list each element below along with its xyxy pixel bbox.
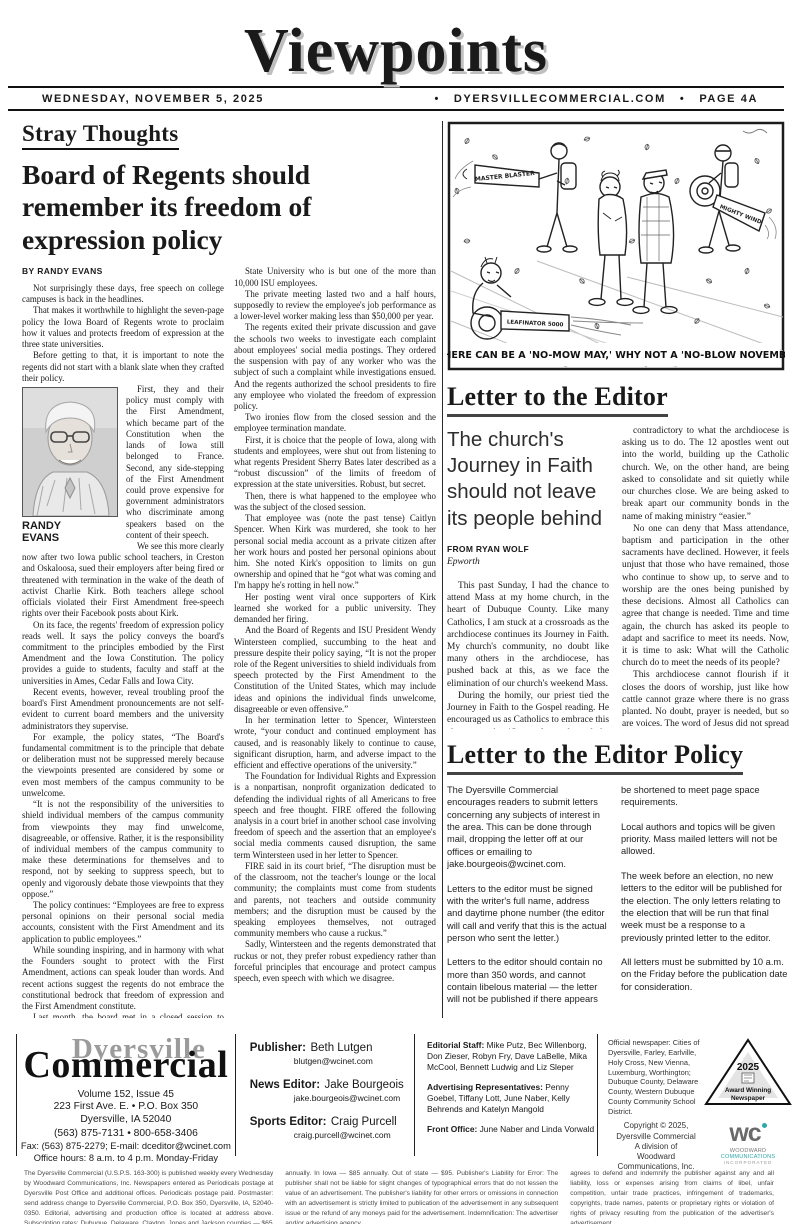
paragraph: Copyright © 2025, — [608, 1121, 704, 1131]
article-paragraphs: Not surprisingly these days, free speech… — [22, 283, 224, 384]
sports-editor-name: Craig Purcell — [331, 1116, 397, 1128]
letter-body: The church's Journey in Faith should not… — [447, 425, 789, 729]
masthead-address-2: Dyersville, IA 52040 — [17, 1113, 235, 1127]
right-column: MASTER BLASTER — [442, 121, 789, 1018]
date-bar: WEDNESDAY, NOVEMBER 5, 2025 • DYERSVILLE… — [8, 86, 784, 111]
publisher-email: blutgen@wcinet.com — [250, 1056, 414, 1066]
advertising-label: Advertising Representatives: — [427, 1082, 543, 1092]
wc-dot-icon — [762, 1123, 767, 1128]
paragraph: State University who is but one of the m… — [234, 266, 436, 288]
editorial-staff-label: Editorial Staff: — [427, 1040, 484, 1050]
official-newspaper-text: Official newspaper: Cities of Dyersville… — [608, 1038, 704, 1116]
badge-year: 2025 — [737, 1062, 760, 1073]
author-portrait-illustration — [23, 388, 117, 516]
letter-column-2: contradictory to what the archdiocese is… — [622, 425, 789, 729]
sports-editor-entry: Sports Editor: Craig Purcell craig.purce… — [250, 1112, 414, 1140]
publisher-entry: Publisher: Beth Lutgen blutgen@wcinet.co… — [250, 1038, 414, 1066]
masthead-logo: Dyersville Commercial — [17, 1036, 235, 1081]
paragraph: Before getting to that, it is important … — [22, 350, 224, 384]
masthead-phones: (563) 875-7131 • 800-658-3406 — [17, 1127, 235, 1141]
stray-thoughts-section-title: Stray Thoughts — [22, 121, 179, 150]
news-editor-entry: News Editor: Jake Bourgeois jake.bourgeo… — [250, 1075, 414, 1103]
paragraph: And the Board of Regents and ISU Preside… — [234, 625, 436, 715]
paragraph: Letters to the editor must be signed wit… — [447, 883, 607, 945]
bullet-icon: • — [434, 93, 439, 105]
site-text: DYERSVILLECOMMERCIAL.COM — [454, 93, 666, 105]
paragraph: The policy continues: “Employees are fre… — [22, 900, 224, 945]
letter-column-1: The church's Journey in Faith should not… — [447, 425, 609, 729]
article-paragraphs: State University who is but one of the m… — [234, 266, 436, 984]
paragraph: While sounding inspiring, and in harmony… — [22, 945, 224, 1012]
author-photo — [22, 387, 118, 517]
wc-company-name: WOODWARD COMMUNICATIONS — [704, 1148, 792, 1160]
masthead: Dyersville Commercial Volume 152, Issue … — [16, 1034, 792, 1156]
paragraph: be shortened to meet page space requirem… — [621, 784, 789, 809]
front-office: Front Office: June Naber and Linda Vorwa… — [427, 1124, 597, 1135]
publisher-label: Publisher: — [250, 1042, 306, 1054]
policy-column-1: The Dyersville Commercial encourages rea… — [447, 784, 607, 1006]
photo-caption-first: RANDY — [22, 520, 118, 532]
fine-print-col3: agrees to defend and indemnify the publi… — [570, 1169, 774, 1224]
fine-print-col2: annually. In Iowa — $85 annually. Out of… — [285, 1169, 558, 1224]
paragraph: Letters can be held, edited or not run a… — [621, 1005, 789, 1006]
sports-editor-label: Sports Editor: — [250, 1116, 327, 1128]
paragraph: Last month, the board met in a closed se… — [22, 1012, 224, 1018]
fine-print-col1: The Dyersville Commercial (U.S.P.S. 163-… — [24, 1169, 273, 1224]
news-editor-label: News Editor: — [250, 1079, 320, 1091]
article-column-1: BY RANDY EVANS Not surprisingly these da… — [22, 266, 224, 1018]
paragraph: “It is not the responsibility of the uni… — [22, 799, 224, 900]
bullet-icon: • — [680, 93, 685, 105]
masthead-volume: Volume 152, Issue 45 — [17, 1089, 235, 1100]
paragraph: contradictory to what the archdiocese is… — [622, 425, 789, 523]
stray-thoughts-article: Stray Thoughts Board of Regents should r… — [22, 121, 436, 1018]
paragraph: Sadly, Wintersteen and the regents demon… — [234, 939, 436, 984]
paragraph: Dyersville Commercial — [608, 1132, 704, 1142]
paragraph: The private meeting lasted two and a hal… — [234, 289, 436, 323]
letter-paragraphs: contradictory to what the archdiocese is… — [622, 425, 789, 729]
logo-commercial: Commercial — [17, 1050, 235, 1081]
paragraph: The regents exited their private discuss… — [234, 322, 436, 412]
paragraph: The Foundation for Individual Rights and… — [234, 771, 436, 861]
news-editor-email: jake.bourgeois@wcinet.com — [250, 1093, 414, 1103]
paragraph: That makes it worthwhile to highlight th… — [22, 305, 224, 350]
paragraph: That employee was (note the past tense) … — [234, 513, 436, 592]
paragraph: Then, there is what happened to the empl… — [234, 491, 436, 513]
paragraph: Not surprisingly these days, free speech… — [22, 283, 224, 305]
wc-logo: wc WOODWARD COMMUNICATIONS INCORPORATED — [704, 1121, 792, 1165]
masthead-address-1: 223 First Ave. E. • P.O. Box 350 — [17, 1100, 235, 1114]
policy-paragraphs: be shortened to meet page space requirem… — [621, 784, 789, 1006]
paragraph: The week before an election, no new lett… — [621, 870, 789, 944]
letter-section-title: Letter to the Editor — [447, 382, 668, 417]
paragraph: A division of — [608, 1142, 704, 1152]
policy-column-2: be shortened to meet page space requirem… — [621, 784, 789, 1006]
paragraph: On its face, the regents' freedom of exp… — [22, 620, 224, 687]
wc-mark: wc — [729, 1121, 760, 1146]
front-office-names: June Naber and Linda Vorwald — [480, 1124, 595, 1134]
main-content: Stray Thoughts Board of Regents should r… — [22, 121, 792, 1018]
sports-editor-email: craig.purcell@wcinet.com — [250, 1130, 414, 1140]
news-editor-name: Jake Bourgeois — [325, 1079, 404, 1091]
paragraph: The Dyersville Commercial encourages rea… — [447, 784, 607, 871]
paragraph: During the homily, our priest tied the J… — [447, 690, 609, 729]
paragraph: This past Sunday, I had the chance to at… — [447, 580, 609, 690]
advertising-reps: Advertising Representatives: Penny Goebe… — [427, 1082, 597, 1115]
date-text: WEDNESDAY, NOVEMBER 5, 2025 — [42, 93, 264, 105]
photo-caption: RANDY EVANS — [22, 520, 118, 545]
award-badge: 2025 Award Winning Newspaper — [704, 1038, 792, 1108]
masthead-fax-email: Fax: (563) 875-2279; E-mail: dceditor@wc… — [17, 1140, 235, 1152]
masthead-staff-block: Editorial Staff: Mike Putz, Bec Willenbo… — [414, 1034, 597, 1156]
paragraph: Woodward — [608, 1152, 704, 1162]
paragraph: First, it is choice that the people of I… — [234, 435, 436, 491]
paragraph: Two ironies flow from the closed session… — [234, 412, 436, 434]
author-photo-block: RANDY EVANS — [22, 387, 118, 545]
article-headline: Board of Regents should remember its fre… — [22, 159, 436, 256]
masthead-logo-block: Dyersville Commercial Volume 152, Issue … — [16, 1034, 235, 1156]
masthead-hours: Office hours: 8 a.m. to 4 p.m. Monday-Fr… — [17, 1152, 235, 1164]
copyright-text: Copyright © 2025,Dyersville CommercialA … — [608, 1121, 704, 1172]
front-office-label: Front Office: — [427, 1124, 477, 1134]
paragraph: No one can deny that Mass attendance, ba… — [622, 523, 789, 670]
letter-author-location: Epworth — [447, 557, 609, 567]
letter-headline: The church's Journey in Faith should not… — [447, 427, 609, 532]
paragraph: For example, the policy states, “The Boa… — [22, 732, 224, 799]
paragraph: This archdiocese cannot flourish if it c… — [622, 669, 789, 729]
editorial-cartoon-drawing: MASTER BLASTER — [447, 121, 785, 371]
policy-section-title: Letter to the Editor Policy — [447, 740, 743, 775]
page-number: PAGE 4A — [699, 93, 758, 105]
cartoon-caption: “IF THERE CAN BE A 'NO-MOW MAY,' WHY NOT… — [447, 350, 785, 361]
photo-caption-last: EVANS — [22, 532, 118, 544]
article-body: BY RANDY EVANS Not surprisingly these da… — [22, 266, 436, 1018]
page-title: Viewpoints — [0, 20, 792, 82]
paragraph: Recent events, however, reveal troubling… — [22, 687, 224, 732]
paragraph: Letters to the editor should contain no … — [447, 956, 607, 1006]
paragraph: We see this more clearly now after two I… — [22, 541, 224, 620]
fine-print: The Dyersville Commercial (U.S.P.S. 163-… — [24, 1169, 774, 1224]
editorial-staff: Editorial Staff: Mike Putz, Bec Willenbo… — [427, 1040, 597, 1073]
editorial-cartoon: MASTER BLASTER — [447, 121, 785, 371]
article-column-2: State University who is but one of the m… — [234, 266, 436, 1018]
publisher-name: Beth Lutgen — [310, 1042, 372, 1054]
wc-incorporated: INCORPORATED — [704, 1160, 792, 1165]
paragraph: Local authors and topics will be given p… — [621, 821, 789, 858]
letter-author: FROM RYAN WOLF — [447, 544, 609, 554]
letter-paragraphs: This past Sunday, I had the chance to at… — [447, 580, 609, 729]
article-byline: BY RANDY EVANS — [22, 266, 224, 277]
badge-line2: Newspaper — [731, 1095, 766, 1102]
badge-line1: Award Winning — [725, 1087, 771, 1094]
paragraph: Her posting went viral once supporters o… — [234, 592, 436, 626]
policy-paragraphs: The Dyersville Commercial encourages rea… — [447, 784, 607, 1006]
policy-body: The Dyersville Commercial encourages rea… — [447, 784, 789, 1006]
masthead-official-block: Official newspaper: Cities of Dyersville… — [597, 1034, 792, 1156]
paragraph: In her termination letter to Spencer, Wi… — [234, 715, 436, 771]
paragraph: All letters must be submitted by 10 a.m.… — [621, 956, 789, 993]
paragraph: FIRE said in its court brief, “The disru… — [234, 861, 436, 940]
masthead-editors-block: Publisher: Beth Lutgen blutgen@wcinet.co… — [235, 1034, 414, 1156]
